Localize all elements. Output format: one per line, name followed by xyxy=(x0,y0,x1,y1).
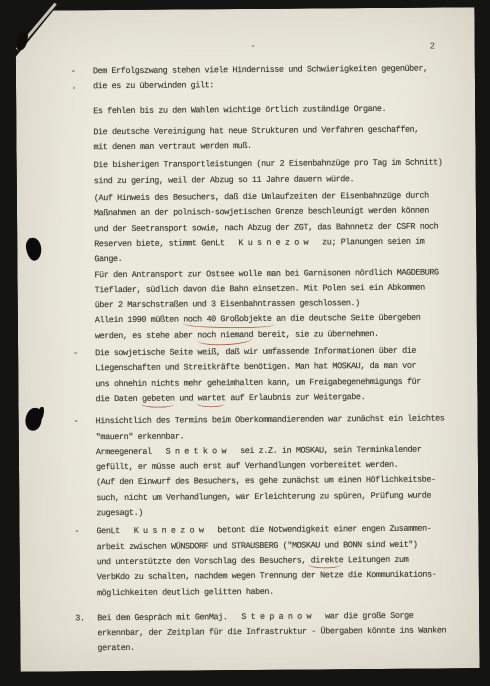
text-line: werden, es stehe aber noch niemand berei… xyxy=(95,326,471,344)
text-line: such, nicht um Verhandlungen, war Erleic… xyxy=(96,488,472,506)
paragraph: Für den Antransport zur Ostsee wolle man… xyxy=(94,265,471,344)
text-line: zugesagt.) xyxy=(96,503,472,521)
document-page: 2 -Dem Erfolgszwang stehen viele Hindern… xyxy=(15,7,479,672)
list-marker: - xyxy=(71,64,76,79)
text-line: Hinsichtlich des Termins beim Oberkomman… xyxy=(96,411,472,429)
list-marker: 3. xyxy=(75,611,84,626)
paragraph: 3.Bei dem Gespräch mit GenMaj. S t e p a… xyxy=(97,608,473,657)
paper-speck xyxy=(252,45,255,47)
paragraph: Es fehlen bis zu den Wahlen wichtige ört… xyxy=(93,101,469,119)
annotation-layer xyxy=(15,7,474,11)
text-line: Allein 1990 müßten noch 40 Großobjekte a… xyxy=(95,311,471,329)
text-line: Tieflader, südlich davon die Bahn einset… xyxy=(95,280,471,298)
text-line: die es zu überwinden gilt: xyxy=(93,77,469,95)
paragraph: -Hinsichtlich des Termins beim Oberkomma… xyxy=(96,411,473,521)
punch-hole-bottom xyxy=(24,407,44,432)
paragraph: -GenLt K u s n e z o w betont die Notwen… xyxy=(96,522,473,601)
text-line: Die bisherigen Transportleistungen (nur … xyxy=(94,156,470,174)
scan-background: { "page": { "number": "2" }, "colors": {… xyxy=(0,0,490,686)
paragraph: -Dem Erfolgszwang stehen viele Hindernis… xyxy=(93,61,469,95)
text-line: Es fehlen bis zu den Wahlen wichtige ört… xyxy=(93,101,469,119)
punch-hole-top xyxy=(25,237,43,262)
paragraph: Die deutsche Vereinigung hat neue Strukt… xyxy=(93,122,469,156)
paragraph: -Die sowjetische Seite weiß, daß wir umf… xyxy=(95,343,471,407)
paragraph: (Auf Hinweis des Besuchers, daß die Umla… xyxy=(94,188,471,267)
list-marker: - xyxy=(74,415,79,430)
text-line: geraten. xyxy=(97,639,473,657)
text-line: möglichkeiten deutlich gelitten haben. xyxy=(97,583,473,601)
text-line: Die deutsche Vereinigung hat neue Strukt… xyxy=(93,122,469,140)
text-line: mit denen man vertraut werden muß. xyxy=(93,137,469,155)
paper-speck xyxy=(73,86,75,89)
page-number: 2 xyxy=(430,42,435,52)
paragraph: Die bisherigen Transportleistungen (nur … xyxy=(94,156,470,190)
text-column: -Dem Erfolgszwang stehen viele Hindernis… xyxy=(93,61,474,657)
text-line: VerbKdo zu schalten, nachdem wegen Trenn… xyxy=(97,567,473,585)
text-line: arbeit zwischen WÜNSDORF und STRAUSBERG … xyxy=(97,537,473,555)
text-line: sind zu gering, weil der Abzug so 11 Jah… xyxy=(94,171,470,189)
list-marker: - xyxy=(74,525,79,540)
list-marker: - xyxy=(73,346,78,361)
text-line: Armeegeneral S n e t k o w sei z.Z. in M… xyxy=(96,442,472,460)
text-line: uns ohnehin nichts mehr geheimhalten kan… xyxy=(95,374,471,392)
